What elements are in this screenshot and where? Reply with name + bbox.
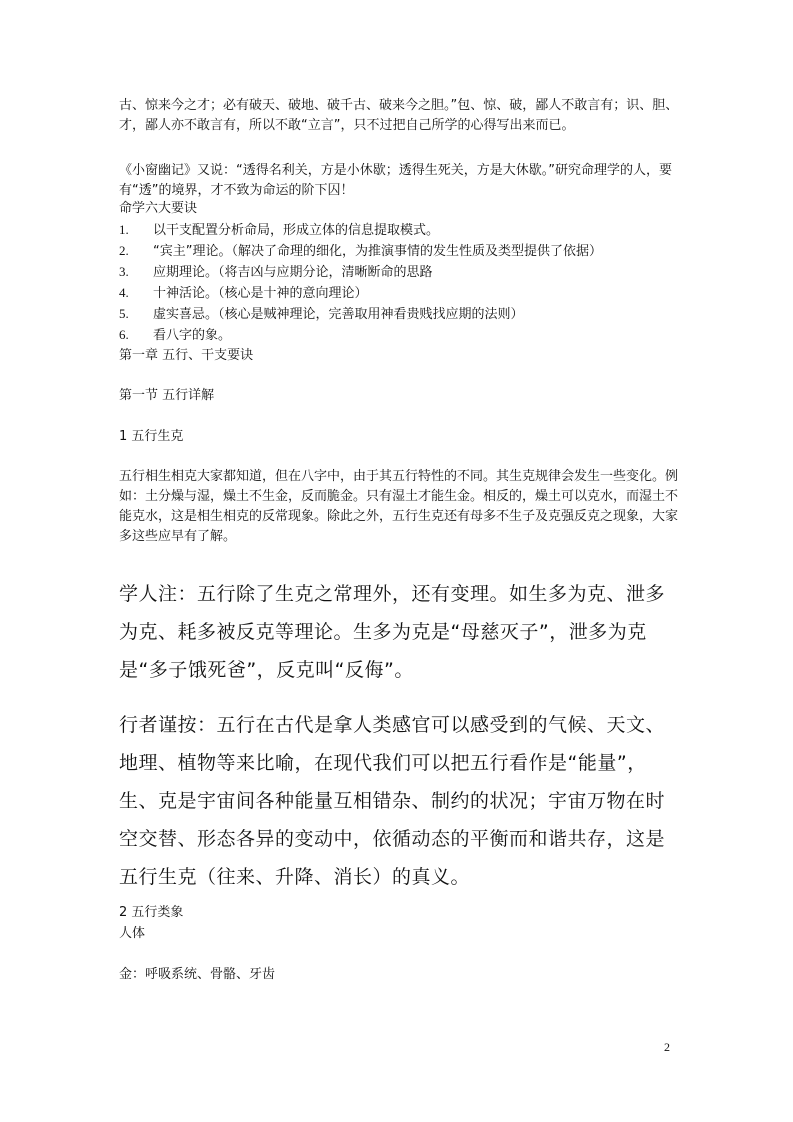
list-item-number: 3. (119, 262, 153, 282)
metal-line: 金：呼吸系统、骨骼、牙齿 (119, 965, 679, 985)
list-item-text: “宾主”理论。（解决了命理的细化，为推演事情的发生性质及类型提供了依据） (153, 244, 602, 259)
practitioner-note: 行者谨按：五行在古代是拿人类感官可以感受到的气候、天文、地理、植物等来比喻，在现… (119, 706, 679, 896)
six-keys-title: 命学六大要诀 (119, 199, 679, 219)
list-item: 4.十神活论。（核心是十神的意向理论） (119, 283, 368, 304)
body-heading: 人体 (119, 924, 679, 944)
student-note: 学人注：五行除了生克之常理外，还有变理。如生多为克、泄多为克、耗多被反克等理论。… (119, 575, 679, 689)
list-item-number: 6. (119, 325, 153, 345)
list-item: 6.看八字的象。 (119, 325, 231, 346)
list-item: 3.应期理论。（将吉凶与应期分论，清晰断命的思路 (119, 262, 433, 283)
list-item-text: 应期理论。（将吉凶与应期分论，清晰断命的思路 (153, 265, 433, 280)
page-number: 2 (664, 1040, 670, 1055)
list-item-number: 1. (119, 220, 153, 240)
section-title: 第一节 五行详解 (119, 386, 679, 406)
list-item-number: 4. (119, 283, 153, 303)
shengke-paragraph: 五行相生相克大家都知道，但在八字中，由于其五行特性的不同。其生克规律会发生一些变… (119, 467, 679, 547)
list-item: 2.“宾主”理论。（解决了命理的细化，为推演事情的发生性质及类型提供了依据） (119, 241, 602, 262)
intro-paragraph: 古、惊来今之才；必有破天、破地、破千古、破来今之胆。”包、惊、破，鄙人不敢言有；… (119, 96, 679, 136)
quote-paragraph: 《小窗幽记》又说：“透得名利关，方是小休歇；透得生死关，方是大休歇。”研究命理学… (119, 161, 679, 201)
document-page: 古、惊来今之才；必有破天、破地、破千古、破来今之胆。”包、惊、破，鄙人不敢言有；… (0, 0, 793, 1122)
list-item-text: 十神活论。（核心是十神的意向理论） (153, 286, 368, 301)
chapter-title: 第一章 五行、干支要诀 (119, 346, 679, 366)
list-item: 5.虚实喜忌。（核心是贼神理论，完善取用神看贵贱找应期的法则） (119, 304, 524, 325)
subsection-title: 2 五行类象 (119, 903, 679, 923)
list-item-text: 以干支配置分析命局，形成立体的信息提取模式。 (153, 223, 439, 238)
subsection-title: 1 五行生克 (119, 427, 679, 447)
list-item-text: 虚实喜忌。（核心是贼神理论，完善取用神看贵贱找应期的法则） (153, 307, 524, 322)
list-item-number: 2. (119, 241, 153, 261)
list-item-text: 看八字的象。 (153, 328, 231, 343)
list-item: 1.以干支配置分析命局，形成立体的信息提取模式。 (119, 220, 439, 241)
list-item-number: 5. (119, 304, 153, 324)
